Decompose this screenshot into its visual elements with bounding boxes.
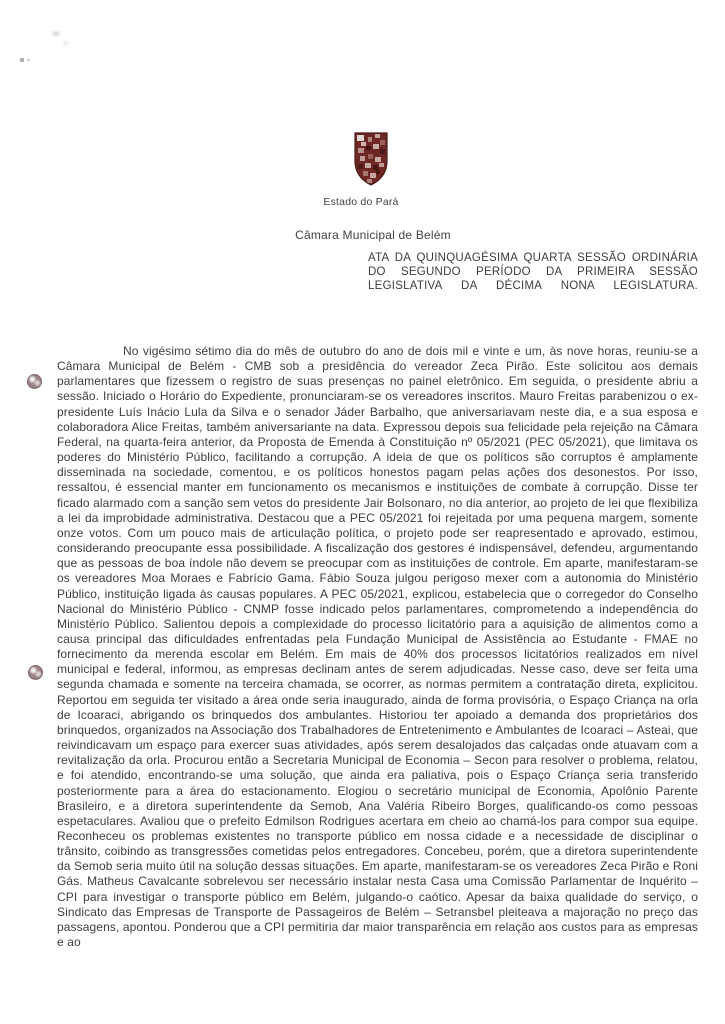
scan-artifact bbox=[27, 59, 30, 61]
header-institution-name: Câmara Municipal de Belém bbox=[12, 228, 725, 242]
hole-punch-mark bbox=[28, 665, 43, 680]
coat-of-arms-icon bbox=[352, 131, 390, 187]
header-state-name: Estado do Pará bbox=[0, 196, 722, 208]
session-title: ATA DA QUINQUAGÉSIMA QUARTA SESSÃO ORDIN… bbox=[368, 252, 698, 307]
scan-artifact bbox=[63, 41, 68, 45]
minutes-body-paragraph: No vigésimo sétimo dia do mês de outubro… bbox=[57, 344, 698, 950]
scan-artifact bbox=[20, 58, 24, 62]
scanned-document-page: Estado do Pará Câmara Municipal de Belém… bbox=[0, 0, 725, 1024]
scan-artifact bbox=[52, 31, 60, 36]
hole-punch-mark bbox=[27, 374, 42, 389]
